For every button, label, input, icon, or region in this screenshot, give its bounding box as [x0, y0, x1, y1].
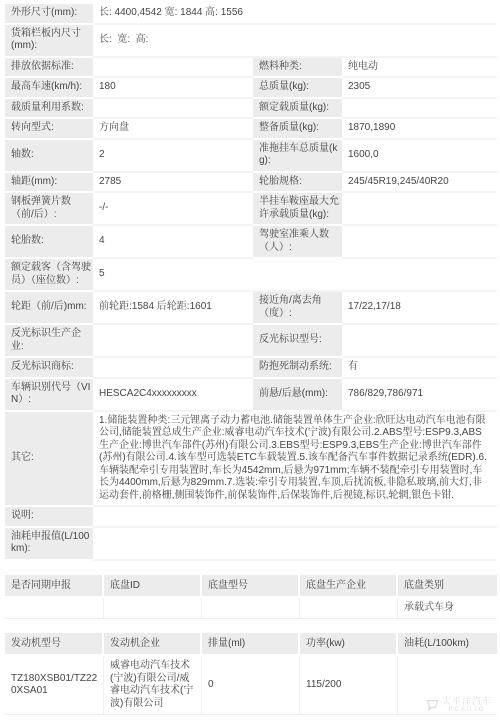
watermark-site-abbr: PCAUTO [449, 707, 486, 713]
spec-label: 反光标识生产企业: [5, 325, 93, 358]
spec-value: 1.储能装置种类:三元锂离子动力蓄电池.储能装置单体生产企业:欣旺达电动汽车电池… [93, 412, 497, 508]
table-gap [5, 561, 497, 575]
spec-label: 排放依据标准: [5, 58, 93, 79]
spec-row: 货箱栏板内尺寸(mm):长: 宽: 高: [5, 25, 497, 58]
spec-table: 外形尺寸(mm):长: 4400,4542 宽: 1844 高: 1556货箱栏… [5, 4, 497, 561]
spec-label: 整备质量(kg): [253, 119, 342, 140]
spec-label: 准拖挂车总质量(kg): [253, 140, 342, 173]
spec-row: 反光标识生产企业:反光标识型号: [5, 325, 497, 358]
spec-row: 反光标识商标:防抱死制动系统:有 [5, 358, 497, 379]
spec-value [342, 226, 497, 259]
chassis-cell: 承载式车身 [398, 598, 497, 620]
spec-label: 额定载客（含驾驶员）（座位数）: [5, 259, 93, 292]
spec-row: 载质量利用系数:额定载质量(kg): [5, 99, 497, 120]
chassis-column-header: 底盘型号 [202, 575, 300, 598]
spec-value: 有 [342, 358, 497, 379]
spec-value [342, 325, 497, 358]
chassis-table: 是否同期申报底盘ID底盘型号底盘生产企业底盘类别 承载式车身 [5, 575, 497, 620]
pcauto-watermark-text: 太平洋汽车 PCAUTO [442, 697, 492, 713]
chassis-data-row: 承载式车身 [5, 598, 497, 620]
spec-label: 前悬/后悬(mm): [253, 379, 342, 412]
spec-label: 轮胎数: [5, 226, 93, 259]
pcauto-logo-icon [426, 699, 439, 712]
spec-label: 轴数: [5, 140, 93, 173]
spec-value: 2305 [342, 78, 497, 99]
spec-row: 轴距(mm):2785轮胎规格:245/45R19,245/40R20 [5, 173, 497, 194]
spec-row: 轮距（前/后)mm:前轮距:1584 后轮距:1601接近角/离去角（度）:17… [5, 292, 497, 325]
chassis-cell [104, 598, 202, 620]
spec-label: 反光标识型号: [253, 325, 342, 358]
engine-data-row: TZ180XSB01/TZ220XSA01威睿电动汽车技术(宁波)有限公司/威睿… [5, 656, 497, 715]
chassis-column-header: 底盘生产企业 [300, 575, 398, 598]
spec-value: HESCA2C4xxxxxxxxx [93, 379, 253, 412]
chassis-cell [5, 598, 104, 620]
chassis-column-header: 是否同期申报 [5, 575, 104, 598]
table-gap [5, 619, 497, 633]
spec-value: 长: 4400,4542 宽: 1844 高: 1556 [93, 4, 497, 25]
watermark-site-name: 太平洋汽车 [442, 697, 492, 706]
spec-row: 转向型式:方向盘整备质量(kg):1870,1890 [5, 119, 497, 140]
spec-row: 额定载客（含驾驶员）（座位数）:5 [5, 259, 497, 292]
spec-label: 接近角/离去角（度）: [253, 292, 342, 325]
engine-table: 发动机型号发动机企业排量(ml)功率(kw)油耗(L/100km) TZ180X… [5, 633, 497, 715]
spec-label: 防抱死制动系统: [253, 358, 342, 379]
spec-label: 钢板弹簧片数（前/后）: [5, 193, 93, 226]
chassis-cell [202, 598, 300, 620]
spec-value: 纯电动 [342, 58, 497, 79]
spec-label: 其它: [5, 412, 93, 508]
engine-column-header: 发动机型号 [5, 633, 104, 656]
engine-column-header: 排量(ml) [202, 633, 300, 656]
spec-value: 1600,0 [342, 140, 497, 173]
engine-header-row: 发动机型号发动机企业排量(ml)功率(kw)油耗(L/100km) [5, 633, 497, 656]
spec-value [342, 193, 497, 226]
engine-column-header: 功率(kw) [300, 633, 398, 656]
spec-value: 1870,1890 [342, 119, 497, 140]
spec-value: 2785 [93, 173, 253, 194]
spec-label: 轴距(mm): [5, 173, 93, 194]
spec-value: 4 [93, 226, 253, 259]
spec-row: 轴数:2准拖挂车总质量(kg):1600,0 [5, 140, 497, 173]
spec-row: 钢板弹簧片数（前/后）:-/-半挂车鞍座最大允许承载质量(kg): [5, 193, 497, 226]
spec-label: 驾驶室准乘人数（人）: [253, 226, 342, 259]
spec-label: 轮距（前/后)mm: [5, 292, 93, 325]
spec-value: 786/829,786/971 [342, 379, 497, 412]
chassis-column-header: 底盘类别 [398, 575, 497, 598]
spec-label: 燃料种类: [253, 58, 342, 79]
engine-cell: TZ180XSB01/TZ220XSA01 [5, 656, 104, 715]
spec-label: 总质量(kg): [253, 78, 342, 99]
engine-cell: 0 [202, 656, 300, 715]
chassis-cell [300, 598, 398, 620]
engine-cell: 威睿电动汽车技术(宁波)有限公司/威睿电动汽车技术(宁波)有限公司 [104, 656, 202, 715]
vehicle-spec-sheet: 外形尺寸(mm):长: 4400,4542 宽: 1844 高: 1556货箱栏… [0, 0, 500, 721]
spec-label: 车辆识别代号（VIN）: [5, 379, 93, 412]
engine-column-header: 油耗(L/100km) [398, 633, 497, 656]
spec-value: 180 [93, 78, 253, 99]
spec-value: 长: 宽: 高: [93, 25, 497, 58]
spec-row: 车辆识别代号（VIN）:HESCA2C4xxxxxxxxx前悬/后悬(mm):7… [5, 379, 497, 412]
spec-label: 轮胎规格: [253, 173, 342, 194]
spec-value: 方向盘 [93, 119, 253, 140]
spec-row: 油耗申报值(L/100km): [5, 528, 497, 561]
chassis-header-row: 是否同期申报底盘ID底盘型号底盘生产企业底盘类别 [5, 575, 497, 598]
chassis-column-header: 底盘ID [104, 575, 202, 598]
spec-row: 排放依据标准:燃料种类:纯电动 [5, 58, 497, 79]
spec-label: 额定载质量(kg): [253, 99, 342, 120]
spec-label: 载质量利用系数: [5, 99, 93, 120]
engine-column-header: 发动机企业 [104, 633, 202, 656]
spec-label: 转向型式: [5, 119, 93, 140]
spec-value [93, 507, 497, 528]
spec-label: 半挂车鞍座最大允许承载质量(kg): [253, 193, 342, 226]
spec-value [93, 58, 253, 79]
spec-value: 17/22,17/18 [342, 292, 497, 325]
spec-row: 外形尺寸(mm):长: 4400,4542 宽: 1844 高: 1556 [5, 4, 497, 25]
engine-cell: 115/200 [300, 656, 398, 715]
spec-value [342, 99, 497, 120]
spec-row: 轮胎数:4驾驶室准乘人数（人）: [5, 226, 497, 259]
spec-label: 外形尺寸(mm): [5, 4, 93, 25]
spec-value: 前轮距:1584 后轮距:1601 [93, 292, 253, 325]
spec-value [93, 358, 253, 379]
spec-label: 说明: [5, 507, 93, 528]
spec-label: 油耗申报值(L/100km): [5, 528, 93, 561]
spec-label: 最高车速(km/h): [5, 78, 93, 99]
spec-label: 货箱栏板内尺寸(mm): [5, 25, 93, 58]
spec-value: 2 [93, 140, 253, 173]
spec-value [93, 528, 497, 561]
spec-value: -/- [93, 193, 253, 226]
spec-row: 说明: [5, 507, 497, 528]
spec-value: 245/45R19,245/40R20 [342, 173, 497, 194]
spec-label: 反光标识商标: [5, 358, 93, 379]
pcauto-watermark: 太平洋汽车 PCAUTO [426, 697, 492, 713]
spec-row: 其它:1.储能装置种类:三元锂离子动力蓄电池.储能装置单体生产企业:欣旺达电动汽… [5, 412, 497, 508]
spec-value [93, 99, 253, 120]
spec-value: 5 [93, 259, 497, 292]
spec-value [93, 325, 253, 358]
spec-row: 最高车速(km/h):180总质量(kg):2305 [5, 78, 497, 99]
